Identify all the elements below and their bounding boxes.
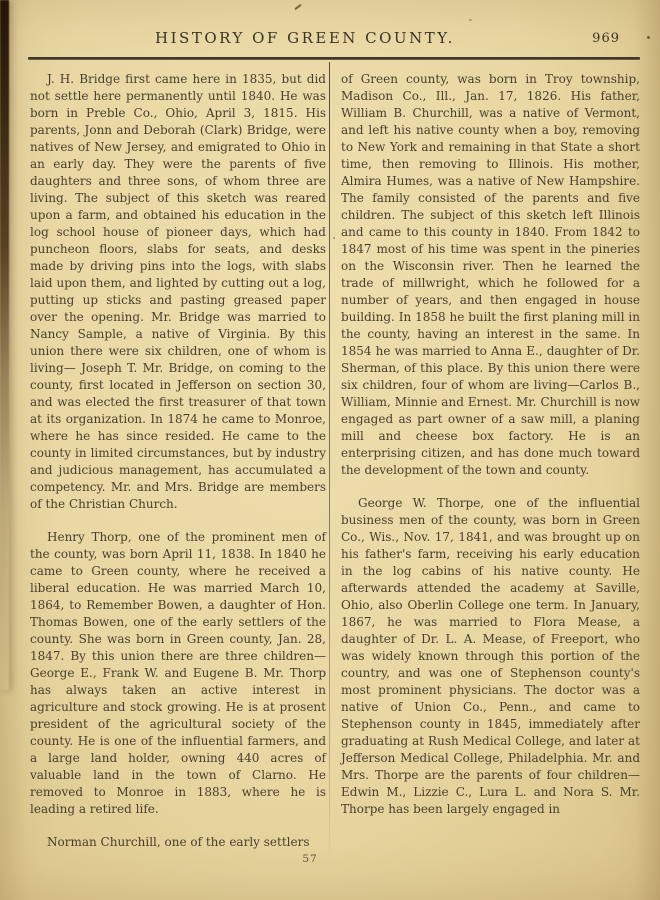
text-column-right: of Green county, was born in Troy townsh… (341, 71, 640, 818)
scan-speck (333, 237, 335, 239)
column-divider-rule (329, 62, 330, 862)
paragraph-norman-churchill-start: Norman Churchill, one of the early settl… (30, 834, 326, 851)
paragraph-jh-bridge: J. H. Bridge first came here in 1835, bu… (30, 71, 326, 513)
header-rule (28, 57, 640, 60)
binding-gutter-shadow (0, 0, 9, 690)
text-column-left: J. H. Bridge first came here in 1835, bu… (30, 71, 326, 851)
scan-speck (294, 4, 302, 11)
scan-speck (469, 19, 472, 21)
signature-mark: 57 (0, 853, 620, 865)
paragraph-norman-churchill-continued: of Green county, was born in Troy townsh… (341, 71, 640, 479)
paragraph-henry-thorp: Henry Thorp, one of the prominent men of… (30, 529, 326, 818)
page-number: 969 (592, 31, 620, 46)
book-page: HISTORY OF GREEN COUNTY. 969 J. H. Bridg… (0, 0, 660, 900)
paragraph-george-thorpe: George W. Thorpe, one of the influential… (341, 495, 640, 818)
scan-speck (647, 36, 650, 39)
running-head-title: HISTORY OF GREEN COUNTY. (0, 29, 610, 47)
